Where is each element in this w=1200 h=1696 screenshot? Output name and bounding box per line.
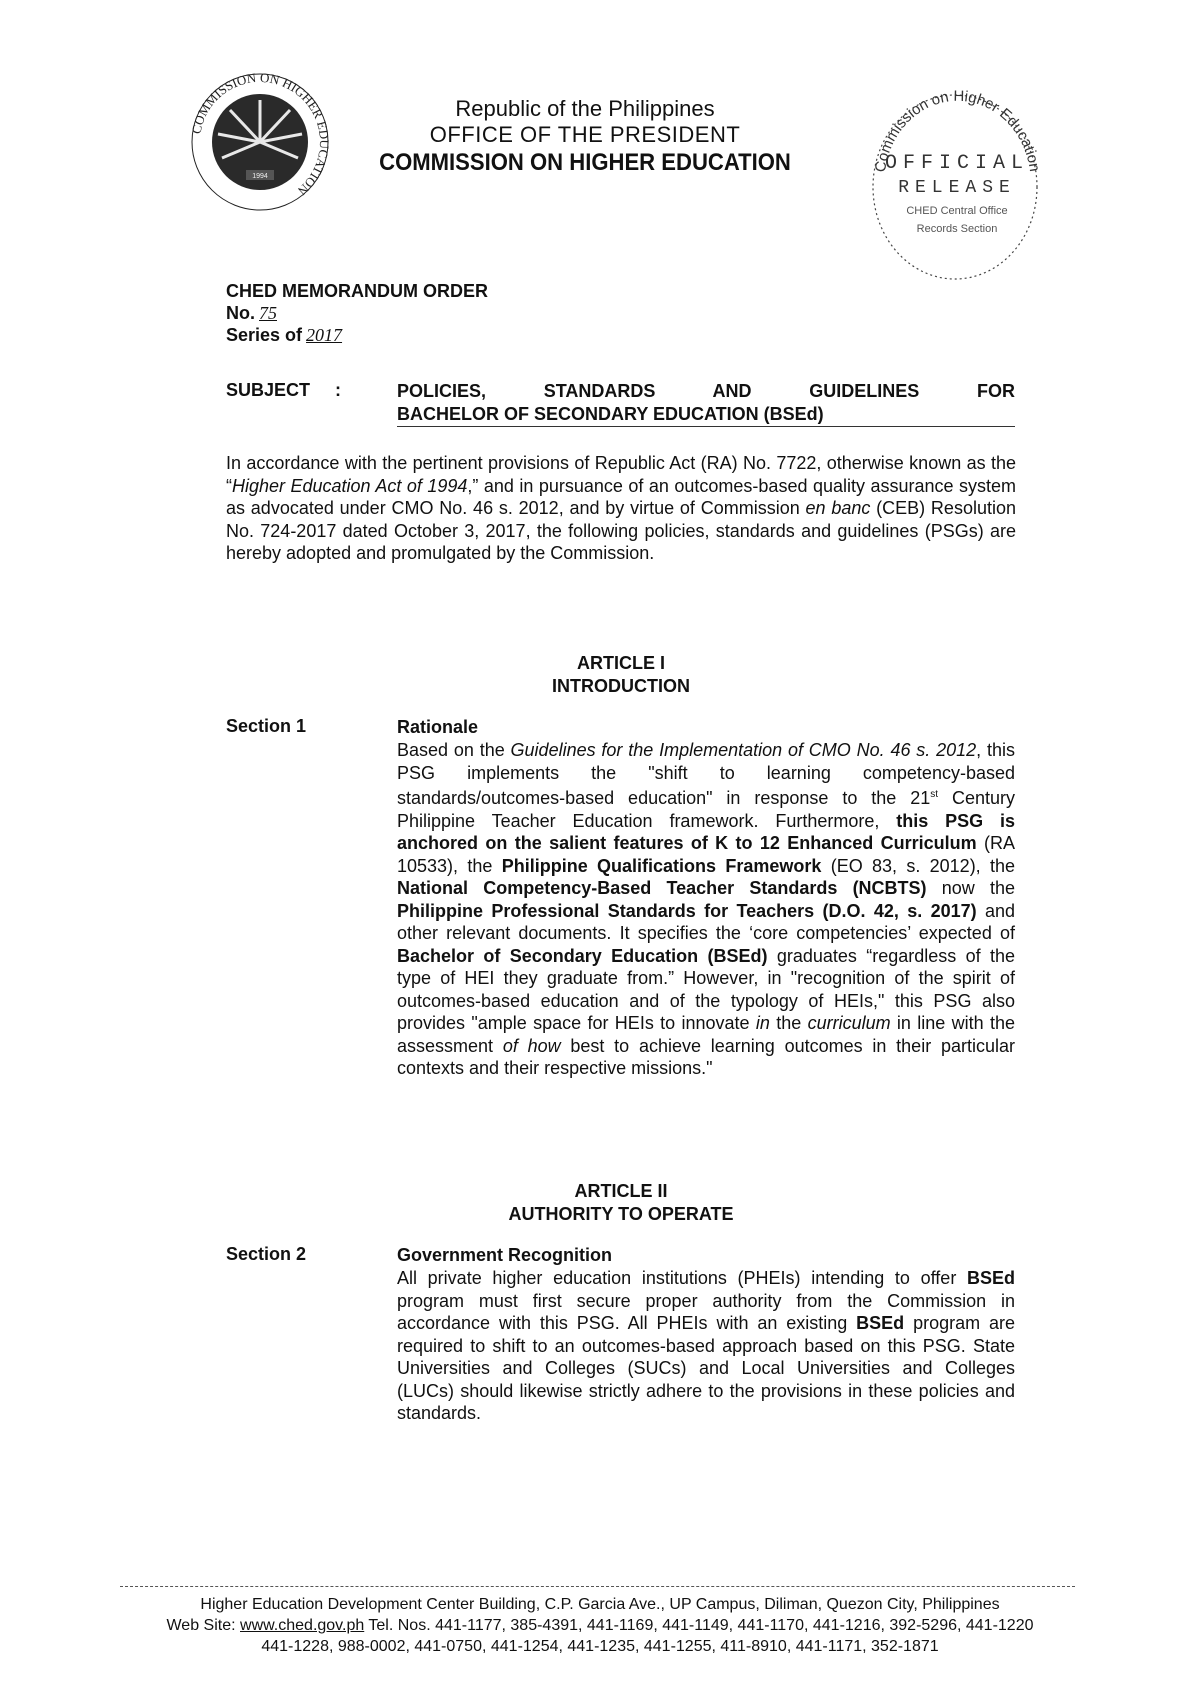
article-1-heading: ARTICLE I INTRODUCTION xyxy=(226,652,1016,698)
subject-label: SUBJECT xyxy=(226,380,310,401)
section-2-text: All private higher education institution… xyxy=(397,1267,1015,1425)
footer-address: Higher Education Development Center Buil… xyxy=(90,1594,1110,1615)
seal-icon: COMMISSION ON HIGHER EDUCATION 1994 xyxy=(190,72,330,212)
section-1-title: Rationale xyxy=(397,716,1015,739)
memo-number-value: 75 xyxy=(255,303,283,323)
memo-title: CHED MEMORANDUM ORDER xyxy=(226,280,488,302)
memo-order-block: CHED MEMORANDUM ORDER No.75 Series of201… xyxy=(226,280,488,346)
memo-number: No.75 xyxy=(226,302,488,324)
section-2-label: Section 2 xyxy=(226,1244,306,1265)
official-release-stamp: Commission on Higher Education OFFICIAL … xyxy=(865,82,1045,282)
article-1-number: ARTICLE I xyxy=(226,652,1016,675)
svg-text:Records Section: Records Section xyxy=(917,223,998,235)
letterhead: Republic of the Philippines OFFICE OF TH… xyxy=(340,96,830,178)
ched-seal-logo: COMMISSION ON HIGHER EDUCATION 1994 xyxy=(190,72,330,212)
footer-phone-numbers: 441-1228, 988-0002, 441-0750, 441-1254, … xyxy=(90,1636,1110,1657)
svg-text:1994: 1994 xyxy=(252,173,268,180)
article-2-number: ARTICLE II xyxy=(226,1180,1016,1203)
letterhead-republic: Republic of the Philippines xyxy=(340,96,830,122)
section-1-body: Rationale Based on the Guidelines for th… xyxy=(397,716,1015,1080)
memo-series-value: 2017 xyxy=(302,325,348,345)
footer-contact: Web Site: www.ched.gov.ph Tel. Nos. 441-… xyxy=(90,1615,1110,1636)
subject-text: POLICIES, STANDARDS AND GUIDELINES FOR B… xyxy=(397,380,1015,427)
section-2-title: Government Recognition xyxy=(397,1244,1015,1267)
section-1-text: Based on the Guidelines for the Implemen… xyxy=(397,739,1015,1080)
letterhead-commission: COMMISSION ON HIGHER EDUCATION xyxy=(360,148,811,178)
letterhead-office: OFFICE OF THE PRESIDENT xyxy=(340,122,830,148)
article-1-title: INTRODUCTION xyxy=(226,675,1016,698)
svg-text:RELEASE: RELEASE xyxy=(898,178,1016,198)
stamp-icon: Commission on Higher Education OFFICIAL … xyxy=(865,82,1045,282)
footer: Higher Education Development Center Buil… xyxy=(90,1594,1110,1657)
svg-text:OFFICIAL: OFFICIAL xyxy=(885,152,1029,175)
footer-divider xyxy=(120,1586,1075,1587)
memo-series: Series of2017 xyxy=(226,324,488,346)
section-1-label: Section 1 xyxy=(226,716,306,737)
intro-paragraph: In accordance with the pertinent provisi… xyxy=(226,452,1016,565)
subject-line-1: POLICIES, STANDARDS AND GUIDELINES FOR xyxy=(397,380,1015,403)
svg-text:CHED Central Office: CHED Central Office xyxy=(906,205,1007,217)
article-2-title: AUTHORITY TO OPERATE xyxy=(226,1203,1016,1226)
subject-line-2: BACHELOR OF SECONDARY EDUCATION (BSEd) xyxy=(397,403,1015,427)
section-2-body: Government Recognition All private highe… xyxy=(397,1244,1015,1425)
website-link[interactable]: www.ched.gov.ph xyxy=(240,1617,364,1634)
subject-colon: : xyxy=(335,380,341,401)
article-2-heading: ARTICLE II AUTHORITY TO OPERATE xyxy=(226,1180,1016,1226)
